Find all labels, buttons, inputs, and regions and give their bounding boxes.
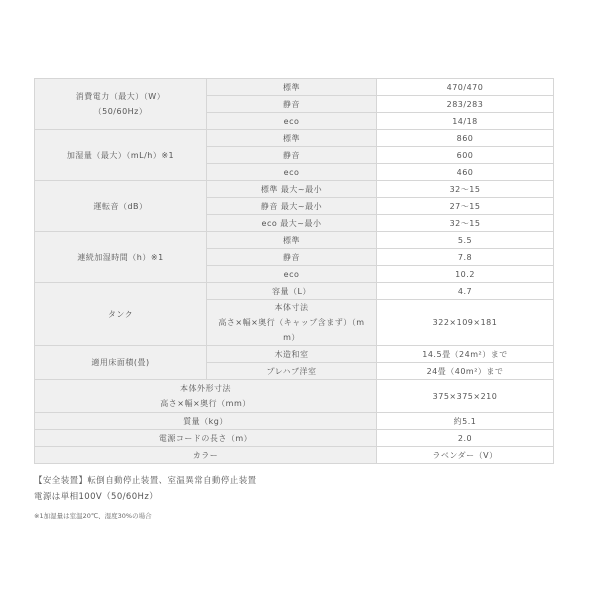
table-row: 消費電力（最大）（W） （50/60Hz） 標準 470/470 bbox=[35, 79, 554, 96]
floor-label: 適用床面積(畳) bbox=[35, 346, 207, 380]
value-cell: 860 bbox=[377, 130, 554, 147]
value-cell: 600 bbox=[377, 147, 554, 164]
table-row: 質量（kg） 約5.1 bbox=[35, 413, 554, 430]
tank-body-label-line1: 本体寸法 bbox=[275, 303, 309, 312]
tank-body-label-line2: 高さ×幅×奥行（キャップ含まず）（m bbox=[218, 318, 364, 327]
mass-value: 約5.1 bbox=[377, 413, 554, 430]
table-row: 運転音（dB） 標準 最大~最小 32～15 bbox=[35, 181, 554, 198]
mode-cell: 静音 bbox=[207, 147, 377, 164]
mode-cell: 木造和室 bbox=[207, 346, 377, 363]
table-row: タンク 容量（L） 4.7 bbox=[35, 283, 554, 300]
cord-value: 2.0 bbox=[377, 430, 554, 447]
value-cell: 32～15 bbox=[377, 181, 554, 198]
value-cell: 460 bbox=[377, 164, 554, 181]
mode-cell: 標準 bbox=[207, 130, 377, 147]
mode-cell: 静音 bbox=[207, 249, 377, 266]
value-cell: 32～15 bbox=[377, 215, 554, 232]
footnote: ※1加湿量は室温20℃、湿度30%の場合 bbox=[34, 511, 152, 520]
mode-cell: eco bbox=[207, 266, 377, 283]
value-cell: 283/283 bbox=[377, 96, 554, 113]
mode-cell: プレハブ洋室 bbox=[207, 363, 377, 380]
cord-label: 電源コードの長さ（m） bbox=[35, 430, 377, 447]
mode-cell: 静音 最大~最小 bbox=[207, 198, 377, 215]
dimensions-value: 375×375×210 bbox=[377, 380, 554, 413]
power-label-line1: 消費電力（最大）（W） bbox=[76, 92, 165, 101]
mass-label: 質量（kg） bbox=[35, 413, 377, 430]
dimensions-label-line2: 高さ×幅×奥行（mm） bbox=[160, 399, 251, 408]
table-row: 加湿量（最大）（mL/h）※1 標準 860 bbox=[35, 130, 554, 147]
mode-cell: eco bbox=[207, 113, 377, 130]
value-cell: 10.2 bbox=[377, 266, 554, 283]
spec-table: 消費電力（最大）（W） （50/60Hz） 標準 470/470 静音 283/… bbox=[34, 78, 554, 464]
color-value: ラベンダー（V） bbox=[377, 447, 554, 464]
value-cell: 5.5 bbox=[377, 232, 554, 249]
notes: 【安全装置】転倒自動停止装置、室温異常自動停止装置 電源は単相100V（50/6… bbox=[34, 473, 257, 505]
value-cell: 7.8 bbox=[377, 249, 554, 266]
color-label: カラー bbox=[35, 447, 377, 464]
mode-cell: eco 最大~最小 bbox=[207, 215, 377, 232]
safety-note: 【安全装置】転倒自動停止装置、室温異常自動停止装置 bbox=[34, 473, 257, 489]
power-source-note: 電源は単相100V（50/60Hz） bbox=[34, 489, 257, 505]
tank-body-value: 322×109×181 bbox=[377, 300, 554, 346]
power-label: 消費電力（最大）（W） （50/60Hz） bbox=[35, 79, 207, 130]
mode-cell: 標準 bbox=[207, 79, 377, 96]
tank-capacity-value: 4.7 bbox=[377, 283, 554, 300]
mode-cell: eco bbox=[207, 164, 377, 181]
value-cell: 24畳（40m²）まで bbox=[377, 363, 554, 380]
humidification-label: 加湿量（最大）（mL/h）※1 bbox=[35, 130, 207, 181]
table-row: 適用床面積(畳) 木造和室 14.5畳（24m²）まで bbox=[35, 346, 554, 363]
mode-cell: 静音 bbox=[207, 96, 377, 113]
dimensions-label: 本体外形寸法 高さ×幅×奥行（mm） bbox=[35, 380, 377, 413]
tank-label: タンク bbox=[35, 283, 207, 346]
tank-body-label: 本体寸法 高さ×幅×奥行（キャップ含まず）（m m） bbox=[207, 300, 377, 346]
table-row: 連続加湿時間（h）※1 標準 5.5 bbox=[35, 232, 554, 249]
value-cell: 14.5畳（24m²）まで bbox=[377, 346, 554, 363]
mode-cell: 標準 bbox=[207, 232, 377, 249]
power-label-line2: （50/60Hz） bbox=[94, 107, 148, 116]
continuous-label: 連続加湿時間（h）※1 bbox=[35, 232, 207, 283]
tank-capacity-label: 容量（L） bbox=[207, 283, 377, 300]
dimensions-label-line1: 本体外形寸法 bbox=[180, 384, 231, 393]
table-row: 電源コードの長さ（m） 2.0 bbox=[35, 430, 554, 447]
value-cell: 470/470 bbox=[377, 79, 554, 96]
table-row: 本体外形寸法 高さ×幅×奥行（mm） 375×375×210 bbox=[35, 380, 554, 413]
value-cell: 27～15 bbox=[377, 198, 554, 215]
tank-body-label-line3: m） bbox=[283, 333, 300, 342]
value-cell: 14/18 bbox=[377, 113, 554, 130]
noise-label: 運転音（dB） bbox=[35, 181, 207, 232]
table-row: カラー ラベンダー（V） bbox=[35, 447, 554, 464]
mode-cell: 標準 最大~最小 bbox=[207, 181, 377, 198]
